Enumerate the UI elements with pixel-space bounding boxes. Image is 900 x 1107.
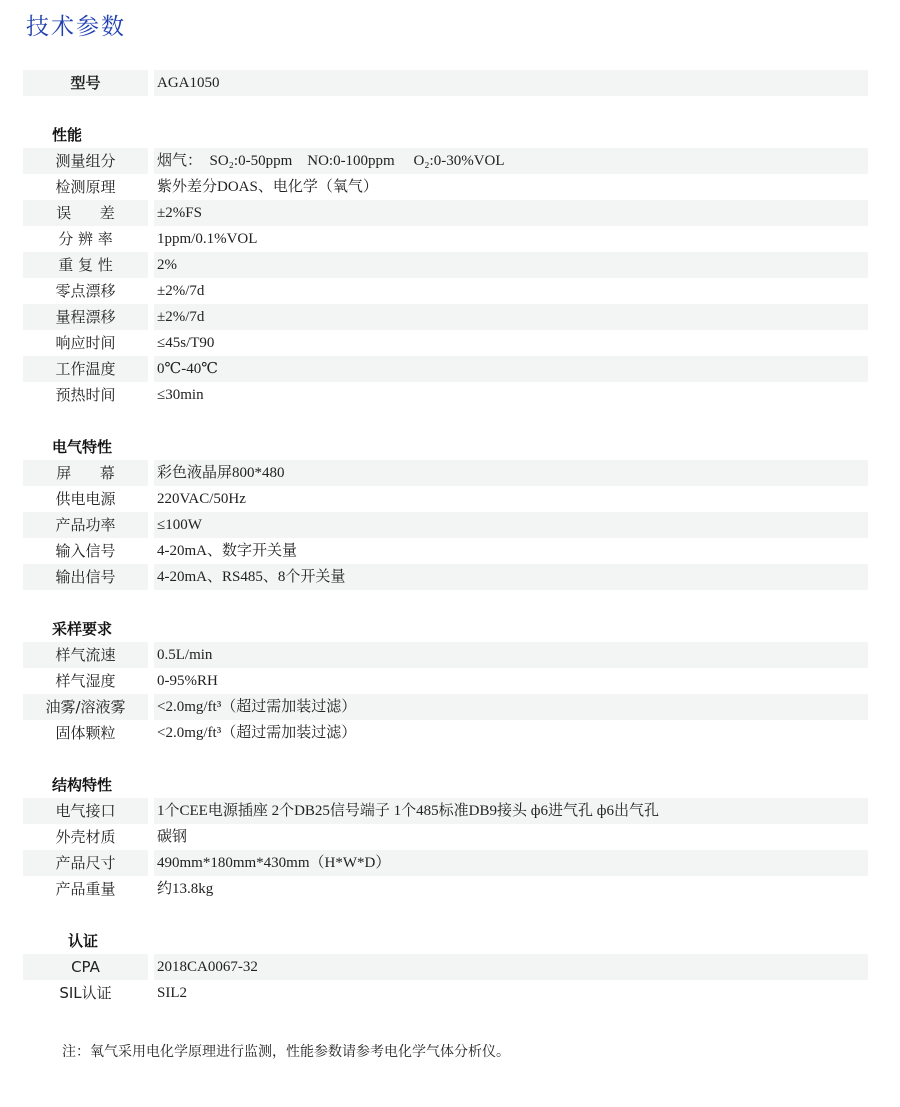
spec-row: 误 差±2%FS — [0, 200, 900, 226]
spec-label: 重 复 性 — [23, 252, 148, 278]
spec-row-model: 型号 AGA1050 — [0, 70, 900, 96]
section-heading: 采样要求 — [0, 616, 900, 642]
spec-value: 1ppm/0.1%VOL — [154, 226, 868, 252]
section-electrical: 电气特性 屏 幕彩色液晶屏800*480 供电电源220VAC/50Hz 产品功… — [0, 434, 900, 590]
spec-row: 外壳材质碳钢 — [0, 824, 900, 850]
spec-value: 约13.8kg — [154, 876, 868, 902]
spec-label: 输入信号 — [23, 538, 148, 564]
spec-value: AGA1050 — [154, 70, 868, 96]
spec-value: ±2%/7d — [154, 278, 868, 304]
spec-row: 重 复 性2% — [0, 252, 900, 278]
spec-label: 电气接口 — [23, 798, 148, 824]
spec-label: SIL认证 — [23, 980, 148, 1006]
spec-value: 0-95%RH — [154, 668, 868, 694]
spec-label: 固体颗粒 — [23, 720, 148, 746]
section-heading: 电气特性 — [0, 434, 900, 460]
spec-value: ±2%FS — [154, 200, 868, 226]
spec-value: 烟气： SO₂:0-50ppm NO:0-100ppm O₂:0-30%VOL — [154, 148, 868, 174]
spec-row: 测量组分烟气： SO₂:0-50ppm NO:0-100ppm O₂:0-30%… — [0, 148, 900, 174]
spec-row: 响应时间≤45s/T90 — [0, 330, 900, 356]
spec-label: 产品功率 — [23, 512, 148, 538]
spec-label: 预热时间 — [23, 382, 148, 408]
spec-label: 分 辨 率 — [23, 226, 148, 252]
spec-label: CPA — [23, 954, 148, 980]
spec-value: 2% — [154, 252, 868, 278]
spec-label: 零点漂移 — [23, 278, 148, 304]
spec-row: 固体颗粒<2.0mg/ft³（超过需加装过滤） — [0, 720, 900, 746]
spec-row: 产品尺寸490mm*180mm*430mm（H*W*D） — [0, 850, 900, 876]
spec-value: 0.5L/min — [154, 642, 868, 668]
spec-value: 1个CEE电源插座 2个DB25信号端子 1个485标准DB9接头 ф6进气孔 … — [154, 798, 868, 824]
spec-label: 测量组分 — [23, 148, 148, 174]
spec-row: 输入信号4-20mA、数字开关量 — [0, 538, 900, 564]
spec-row: 样气湿度0-95%RH — [0, 668, 900, 694]
spec-value: ±2%/7d — [154, 304, 868, 330]
spec-label: 型号 — [23, 70, 148, 96]
spec-value: 彩色液晶屏800*480 — [154, 460, 868, 486]
footnote: 注：氧气采用电化学原理进行监测，性能参数请参考电化学气体分析仪。 — [62, 1041, 510, 1061]
spec-value: 490mm*180mm*430mm（H*W*D） — [154, 850, 868, 876]
section-structure: 结构特性 电气接口1个CEE电源插座 2个DB25信号端子 1个485标准DB9… — [0, 772, 900, 902]
spec-value: 2018CA0067-32 — [154, 954, 868, 980]
spec-label: 响应时间 — [23, 330, 148, 356]
section-certification: 认证 CPA2018CA0067-32 SIL认证SIL2 — [0, 928, 900, 1006]
section-heading: 结构特性 — [0, 772, 900, 798]
section-performance: 性能 测量组分烟气： SO₂:0-50ppm NO:0-100ppm O₂:0-… — [0, 122, 900, 408]
spec-table: 型号 AGA1050 性能 测量组分烟气： SO₂:0-50ppm NO:0-1… — [0, 70, 900, 1006]
spec-label: 油雾/溶液雾 — [23, 694, 148, 720]
spec-row: 量程漂移±2%/7d — [0, 304, 900, 330]
spec-value: 4-20mA、RS485、8个开关量 — [154, 564, 868, 590]
spec-value: ≤100W — [154, 512, 868, 538]
spec-row: 预热时间≤30min — [0, 382, 900, 408]
spec-row: 油雾/溶液雾<2.0mg/ft³（超过需加装过滤） — [0, 694, 900, 720]
section-heading: 认证 — [0, 928, 900, 954]
spec-row: 产品功率≤100W — [0, 512, 900, 538]
page-title: 技术参数 — [26, 8, 126, 41]
spec-value: <2.0mg/ft³（超过需加装过滤） — [154, 694, 868, 720]
spec-label: 供电电源 — [23, 486, 148, 512]
spec-value: ≤30min — [154, 382, 868, 408]
spec-row: 分 辨 率1ppm/0.1%VOL — [0, 226, 900, 252]
spec-label: 屏 幕 — [23, 460, 148, 486]
spec-row: 输出信号4-20mA、RS485、8个开关量 — [0, 564, 900, 590]
spec-label: 误 差 — [23, 200, 148, 226]
spec-row: 零点漂移±2%/7d — [0, 278, 900, 304]
spec-value: 紫外差分DOAS、电化学（氧气） — [154, 174, 868, 200]
spec-label: 产品尺寸 — [23, 850, 148, 876]
section-heading: 性能 — [0, 122, 900, 148]
spec-value: 220VAC/50Hz — [154, 486, 868, 512]
spec-row: CPA2018CA0067-32 — [0, 954, 900, 980]
spec-row: 电气接口1个CEE电源插座 2个DB25信号端子 1个485标准DB9接头 ф6… — [0, 798, 900, 824]
spec-value: <2.0mg/ft³（超过需加装过滤） — [154, 720, 868, 746]
spec-value: 4-20mA、数字开关量 — [154, 538, 868, 564]
spec-row: SIL认证SIL2 — [0, 980, 900, 1006]
spec-label: 样气湿度 — [23, 668, 148, 694]
spec-value: SIL2 — [154, 980, 868, 1006]
spec-label: 样气流速 — [23, 642, 148, 668]
spec-label: 工作温度 — [23, 356, 148, 382]
spec-value: ≤45s/T90 — [154, 330, 868, 356]
spec-row: 屏 幕彩色液晶屏800*480 — [0, 460, 900, 486]
spec-value: 0℃-40℃ — [154, 356, 868, 382]
spec-label: 外壳材质 — [23, 824, 148, 850]
spec-label: 输出信号 — [23, 564, 148, 590]
section-sampling: 采样要求 样气流速0.5L/min 样气湿度0-95%RH 油雾/溶液雾<2.0… — [0, 616, 900, 746]
spec-row: 工作温度0℃-40℃ — [0, 356, 900, 382]
spec-value: 碳钢 — [154, 824, 868, 850]
spec-row: 样气流速0.5L/min — [0, 642, 900, 668]
spec-row: 检测原理紫外差分DOAS、电化学（氧气） — [0, 174, 900, 200]
spec-label: 检测原理 — [23, 174, 148, 200]
spec-label: 量程漂移 — [23, 304, 148, 330]
spec-label: 产品重量 — [23, 876, 148, 902]
spec-row: 供电电源220VAC/50Hz — [0, 486, 900, 512]
spec-row: 产品重量约13.8kg — [0, 876, 900, 902]
